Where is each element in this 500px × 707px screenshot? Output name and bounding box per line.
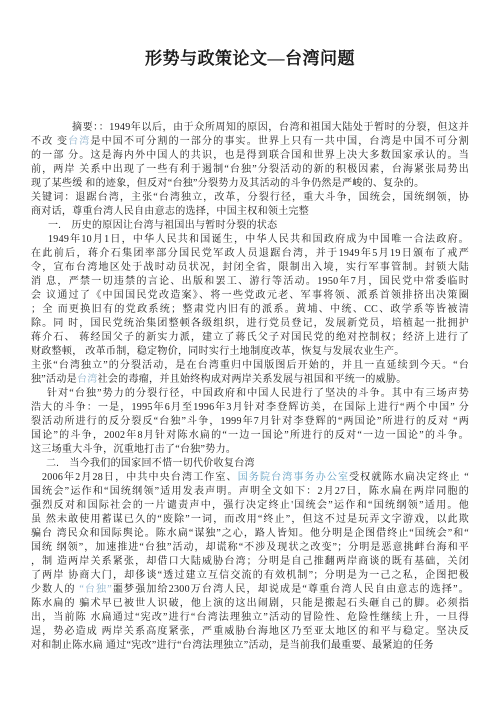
text-run: 强烈反对和国际社会的一片谴责声中，强行决定终止'国统会”运作和“国统纲领”适用。… (31, 500, 469, 511)
text-line: 的一部 分。这是海内外中国人的共识，也是得到联合国和世界上决大多数国家承认的。当 (31, 149, 469, 163)
text-line: 国统会”运作和“国统纲领”适用发表声明。声明全文如下：2月27日，陈水扁在两岸同… (31, 485, 469, 499)
text-run: 1949年10月1日，中华人民共和国诞生，中华人民共和国政府成为中国唯一合法政府… (48, 234, 469, 245)
text-run: 裂活动所进行的反分裂反“台独”斗争，1999年7月针对李登辉的“两国论”所进行的… (31, 416, 469, 427)
text-line: 1949年10月1日，中华人民共和国诞生，中华人民共和国政府成为中国唯一合法政府… (31, 233, 469, 247)
text-run: 不改 变 (31, 136, 68, 147)
text-line: 独”活动是台湾社会的毒瘤，并且始终构成对两岸关系发展与祖国和平统一的威胁。 (31, 373, 469, 387)
text-run: 国论”的斗争，2002年8月针对陈水扁的“一边一国论”所进行的反对“一边一国论”… (31, 430, 469, 441)
text-run: 独”活动是 (31, 374, 77, 385)
text-run: 除。同 时，国民党统治集团整顿各级组织，进行党员登记，发展新党员，培植起一批拥护 (31, 318, 469, 329)
text-line: 不改 变台湾是中国不可分割的一部分的事实。世界上只有一共中国，台湾是中国不可分割 (31, 135, 469, 149)
text-line: 2006年2月28日，中共中央台湾工作室、国务院台湾事务办公室受权就陈水扁决定终… (31, 471, 469, 485)
text-line: 财政整顿， 改革币制，稳定物价，同时实行土地制度改革，恢复与发展农业生产。 (31, 345, 469, 359)
text-run: 会 议通过了《中国国民党改造案》、将一些党政元老、军事将领、派系首领排挤出决策圈 (31, 290, 469, 301)
text-line: 强烈反对和国际社会的一片谴责声中，强行决定终止'国统会”运作和“国统纲领”适用。… (31, 499, 469, 513)
text-line: 主张“台湾独立”的分裂活动，是在台湾重归中国版图后开始的，并且一直延续到今天。“… (31, 359, 469, 373)
text-run: ，制 造两岸关系紧张，却借口大陆威胁台湾；分明是自己推翻两岸商谈的既有基础，关闭 (31, 556, 469, 567)
inline-link[interactable]: 台湾 (77, 374, 98, 385)
text-line: 消 息，严禁一切违禁的言论、出版和罢工、游行等活动。1950年7月，国民党中常委… (31, 275, 469, 289)
text-line: ，制 造两岸关系紧张，却借口大陆威胁台湾；分明是自己推翻两岸商谈的既有基础，关闭 (31, 555, 469, 569)
text-line: 摘要：：1949年以后，由于众所周知的原因，台湾和祖国大陆处于暂时的分裂，但这并 (31, 121, 469, 135)
text-run: 前，两岸 关系中出现了一些有利于遏制“台独”分裂活动的新的积极因素，台海紧张局势… (31, 164, 469, 175)
text-run: 这三场重大斗争，沉重地打击了“台独”势力。 (31, 444, 236, 455)
text-line: 这三场重大斗争，沉重地打击了“台独”势力。 (31, 443, 469, 457)
text-run: 国统 纲领”，加速推进“台独”活动，却谎称“不涉及现状之改变”；分明是恶意挑衅台… (31, 542, 469, 553)
text-line: 会 议通过了《中国国民党改造案》、将一些党政元老、军事将领、派系首领排挤出决策圈 (31, 289, 469, 303)
text-line: 在此前后，蒋介石集团率部分国民党军政人员退踞台湾，并于1949年5月19日颁布了… (31, 247, 469, 261)
text-run: 针对“台独”势力的分裂行径，中国政府和中国人民进行了坚决的斗争。其中有三场声势 (47, 388, 469, 399)
text-line: 蒋介石、 蒋经国父子的新实力派，建立了蒋氏父子对国民党的绝对控制权；经济上进行了 (31, 331, 469, 345)
inline-link[interactable]: 台湾 (68, 136, 90, 147)
text-line: 令，宣布台湾地区处于战时动员状况，封闭全省，限制出入境，实行军事管制。封锁大陆 (31, 261, 469, 275)
text-run: 了两岸 协商大门，却侈谈“透过建立互信交流的有效机制”；分明是为一己之私，企图把… (31, 570, 469, 581)
text-run: 2006年2月28日，中共中央台湾工作室、 (42, 472, 238, 483)
text-run: 浩大的斗争：一是，1995年6月至1996年3月针对李登辉访美，在国际上进行“两… (31, 402, 469, 413)
text-line: 逞，势必造成 两岸关系高度紧张，严重威胁台海地区乃至亚太地区的和平与稳定。坚决反 (31, 625, 469, 639)
text-run: 受权就陈水扁决定终止 “ (349, 472, 469, 483)
text-line: 现了某些缓 和的迹象，但反对“台独”分裂势力及其活动的斗争仍然是严峻的、复杂的。 (31, 177, 469, 191)
text-run: 国统会”运作和“国统纲领”适用发表声明。声明全文如下：2月27日，陈水扁在两岸同… (31, 486, 469, 497)
text-run: 噩梦强加给2300万台湾人民，却说成是“尊重台湾人民自由意志的选择”。 (112, 584, 469, 595)
text-line: 二. 当今我们的国家回不惜一切代价收复台湾 (31, 457, 469, 471)
text-run: 令，宣布台湾地区处于战时动员状况，封闭全省，限制出入境，实行军事管制。封锁大陆 (31, 262, 469, 273)
text-run: 消 息，严禁一切违禁的言论、出版和罢工、游行等活动。1950年7月，国民党中常委… (31, 276, 469, 287)
text-run: 对和制止陈水扁 通过“宪改”进行“台湾法理独立”活动，是当前我们最重要、最紧迫的… (31, 640, 434, 651)
text-line: 商对话，尊重台湾人民自由意志的选择，中国主权和领土完整 (31, 205, 469, 219)
inline-link[interactable]: 国务院台湾事务办公室 (238, 472, 349, 483)
text-run: 商对话，尊重台湾人民自由意志的选择，中国主权和领土完整 (31, 206, 309, 217)
text-run: 关键词：退踞台湾，主张“台湾独立，改革，分裂行径，重大斗争，国统会，国统纲领，协 (31, 192, 469, 203)
text-run: 陈水扁的 骗术早已被世人识破，他上演的这出闹剧，只能是搬起石头砸自己的脚。必须指 (31, 598, 469, 609)
text-line: 针对“台独”势力的分裂行径，中国政府和中国人民进行了坚决的斗争。其中有三场声势 (31, 387, 469, 401)
text-run: 出，当前陈 水扁通过“宪改”进行“台湾法理独立”活动的冒险性、危险性继续上升，一… (31, 612, 469, 623)
text-line: 虽 然未敢使用蓄谋已久的“废除”一词，而改用“终止”，但这不过是玩弄文字游戏，以… (31, 513, 469, 527)
document-page: 形势与政策论文—台湾问题 摘要：：1949年以后，由于众所周知的原因，台湾和祖国… (0, 0, 500, 707)
text-run: 摘要：：1949年以后，由于众所周知的原因，台湾和祖国大陆处于暂时的分裂，但这并 (72, 122, 469, 133)
text-line: ；全 而更换旧有的党政系统；整肃党内旧有的派系。黄埔、中统、CC、政学系等皆被清 (31, 303, 469, 317)
text-run: 社会的毒瘤，并且始终构成对两岸关系发展与祖国和平统一的威胁。 (98, 374, 407, 385)
text-run: 一. 历史的原因让台湾与祖国出与暂时分裂的状态 (48, 220, 277, 231)
inline-link[interactable]: “台独” (79, 584, 112, 595)
text-run: 蒋介石、 蒋经国父子的新实力派，建立了蒋氏父子对国民党的绝对控制权；经济上进行了 (31, 332, 469, 343)
text-run: 财政整顿， 改革币制，稳定物价，同时实行土地制度改革，恢复与发展农业生产。 (31, 346, 405, 357)
text-line: 少数人的 “台独”噩梦强加给2300万台湾人民，却说成是“尊重台湾人民自由意志的… (31, 583, 469, 597)
text-line: 除。同 时，国民党统治集团整顿各级组织，进行党员登记，发展新党员，培植起一批拥护 (31, 317, 469, 331)
text-line: 浩大的斗争：一是，1995年6月至1996年3月针对李登辉访美，在国际上进行“两… (31, 401, 469, 415)
text-line: 出，当前陈 水扁通过“宪改”进行“台湾法理独立”活动的冒险性、危险性继续上升，一… (31, 611, 469, 625)
text-run: 骗台 湾民众和国际舆论。陈水扁“谋独”之心，路人皆知。他分明是企图借终止“国统会… (31, 528, 469, 539)
text-run: ；全 而更换旧有的党政系统；整肃党内旧有的派系。黄埔、中统、CC、政学系等皆被清 (31, 304, 469, 315)
text-run: 的一部 分。这是海内外中国人的共识，也是得到联合国和世界上决大多数国家承认的。当 (31, 150, 469, 161)
page-title: 形势与政策论文—台湾问题 (0, 44, 500, 69)
text-run: 是中国不可分割的一部分的事实。世界上只有一共中国，台湾是中国不可分割 (90, 136, 469, 147)
text-run: 逞，势必造成 两岸关系高度紧张，严重威胁台海地区乃至亚太地区的和平与稳定。坚决反 (31, 626, 469, 637)
text-line: 一. 历史的原因让台湾与祖国出与暂时分裂的状态 (31, 219, 469, 233)
text-run: 现了某些缓 和的迹象，但反对“台独”分裂势力及其活动的斗争仍然是严峻的、复杂的。 (31, 178, 424, 189)
text-run: 虽 然未敢使用蓄谋已久的“废除”一词，而改用“终止”，但这不过是玩弄文字游戏，以… (31, 514, 469, 525)
text-line: 骗台 湾民众和国际舆论。陈水扁“谋独”之心，路人皆知。他分明是企图借终止“国统会… (31, 527, 469, 541)
text-line: 陈水扁的 骗术早已被世人识破，他上演的这出闹剧，只能是搬起石头砸自己的脚。必须指 (31, 597, 469, 611)
document-body: 摘要：：1949年以后，由于众所周知的原因，台湾和祖国大陆处于暂时的分裂，但这并… (31, 121, 469, 653)
text-line: 对和制止陈水扁 通过“宪改”进行“台湾法理独立”活动，是当前我们最重要、最紧迫的… (31, 639, 469, 653)
text-line: 了两岸 协商大门，却侈谈“透过建立互信交流的有效机制”；分明是为一己之私，企图把… (31, 569, 469, 583)
text-line: 裂活动所进行的反分裂反“台独”斗争，1999年7月针对李登辉的“两国论”所进行的… (31, 415, 469, 429)
text-line: 前，两岸 关系中出现了一些有利于遏制“台独”分裂活动的新的积极因素，台海紧张局势… (31, 163, 469, 177)
text-run: 主张“台湾独立”的分裂活动，是在台湾重归中国版图后开始的，并且一直延续到今天。“… (31, 360, 469, 371)
text-line: 关键词：退踞台湾，主张“台湾独立，改革，分裂行径，重大斗争，国统会，国统纲领，协 (31, 191, 469, 205)
text-run: 二. 当今我们的国家回不惜一切代价收复台湾 (46, 458, 255, 469)
text-run: 少数人的 (31, 584, 79, 595)
text-line: 国论”的斗争，2002年8月针对陈水扁的“一边一国论”所进行的反对“一边一国论”… (31, 429, 469, 443)
text-run: 在此前后，蒋介石集团率部分国民党军政人员退踞台湾，并于1949年5月19日颁布了… (31, 248, 469, 259)
text-line: 国统 纲领”，加速推进“台独”活动，却谎称“不涉及现状之改变”；分明是恶意挑衅台… (31, 541, 469, 555)
